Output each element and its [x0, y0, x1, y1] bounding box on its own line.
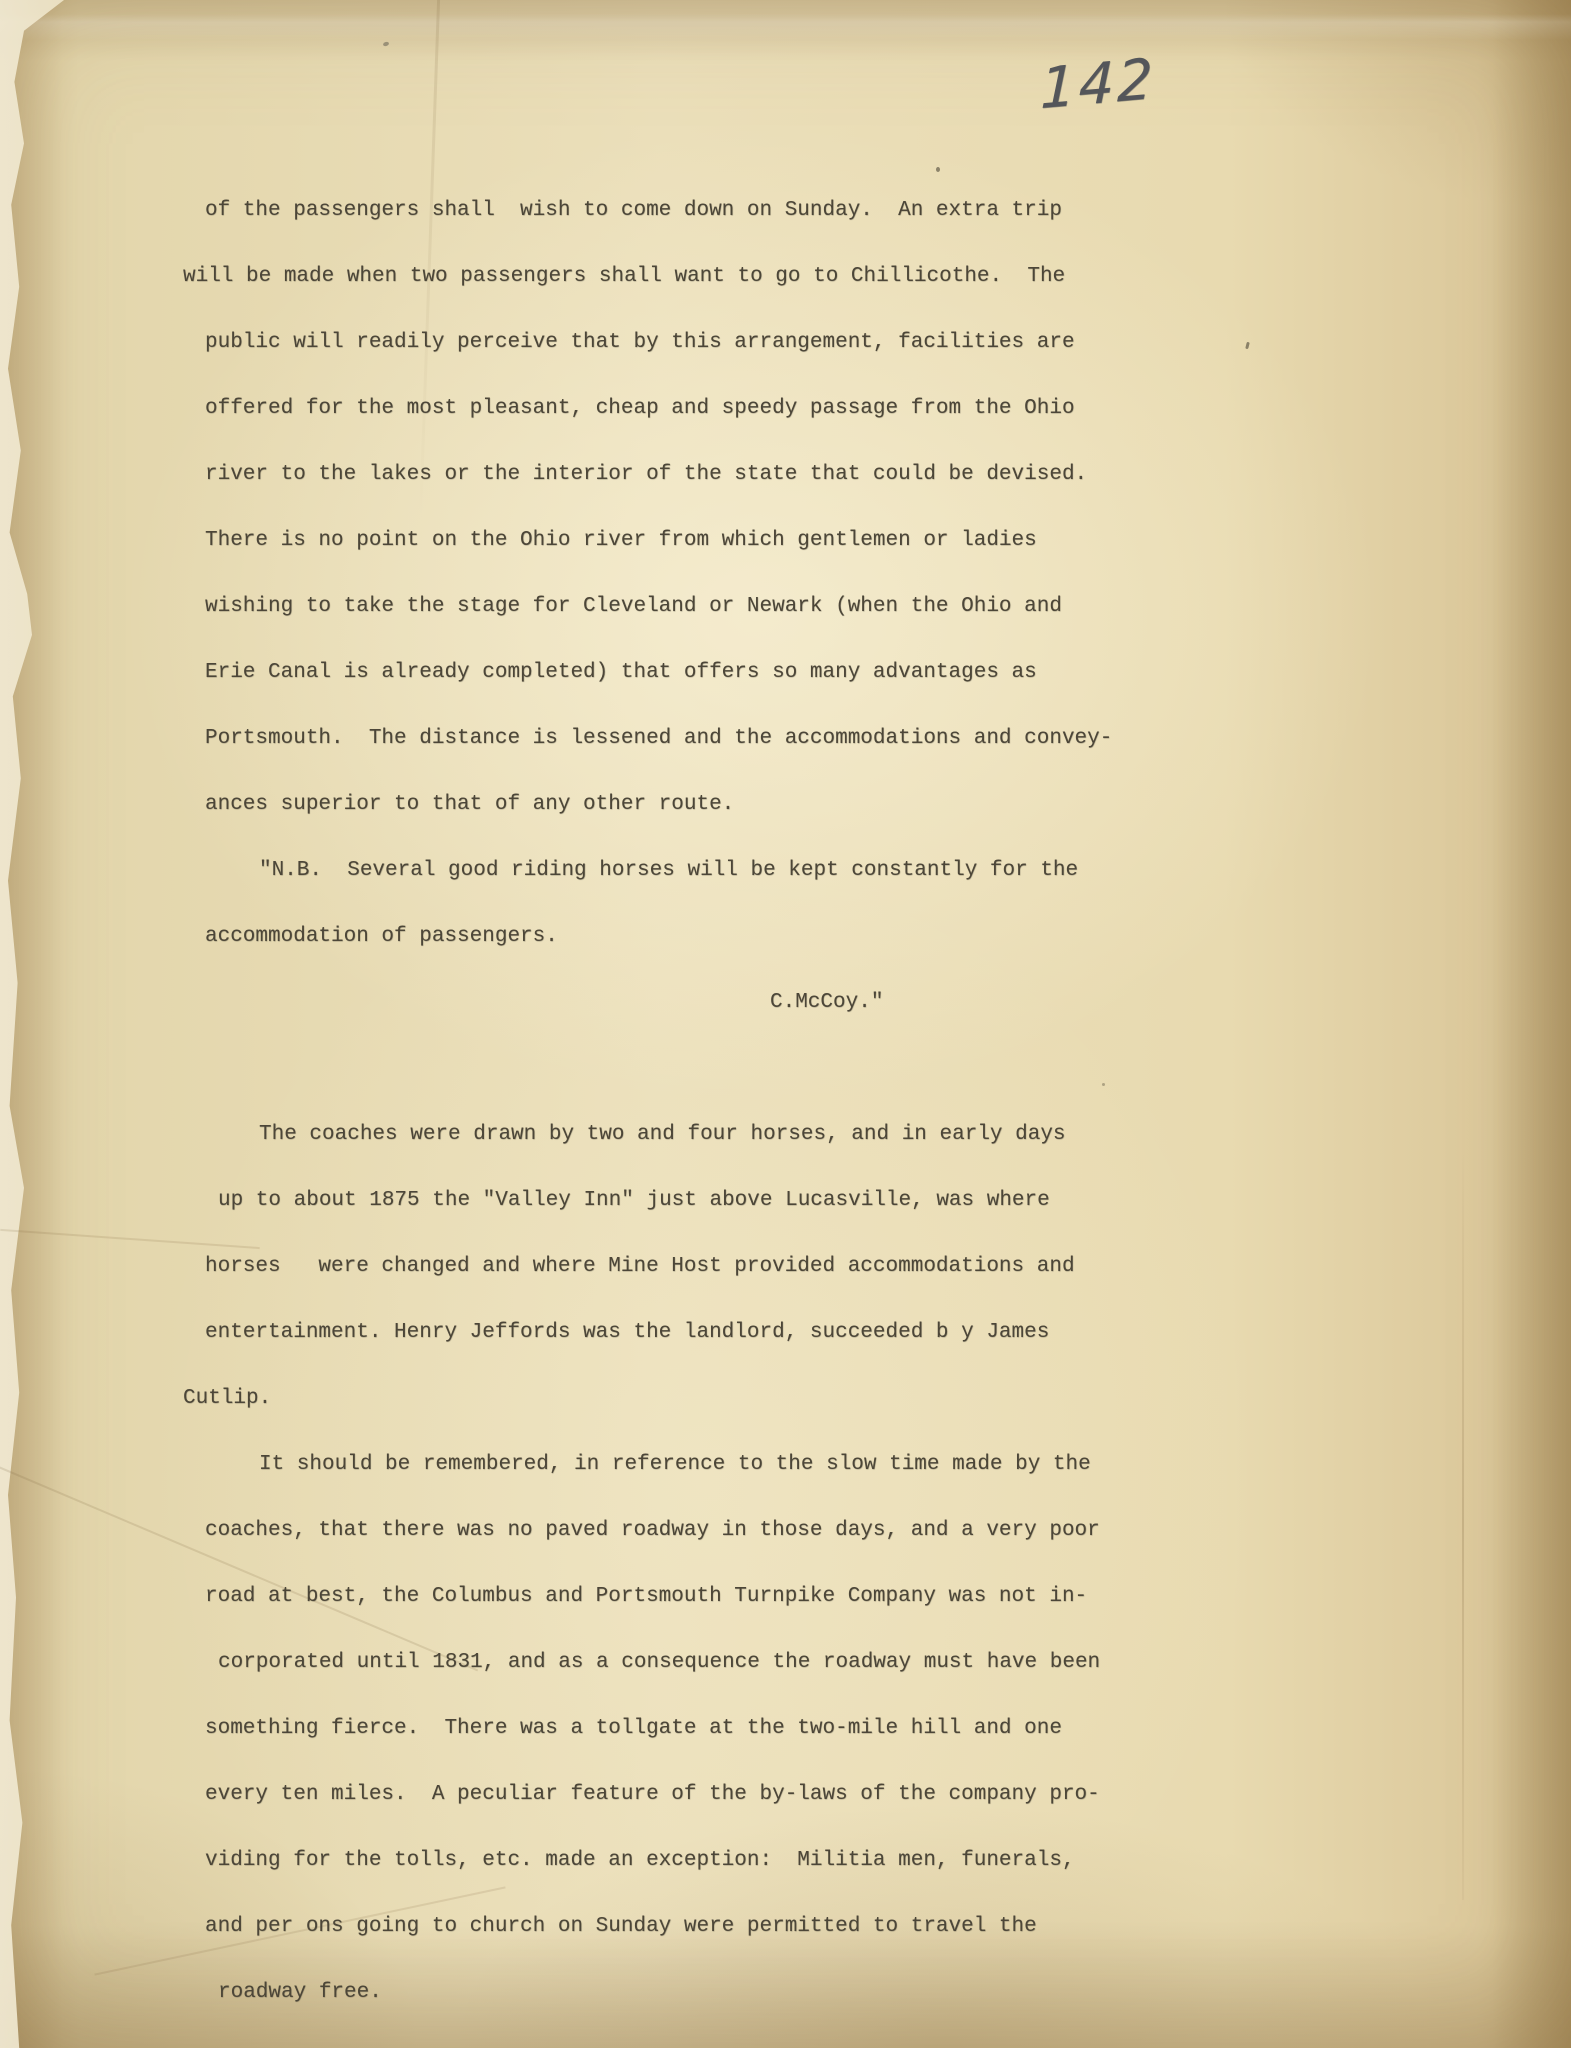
- typewritten-line: and per ons going to church on Sunday we…: [205, 1894, 1405, 1960]
- typewritten-line: every ten miles. A peculiar feature of t…: [205, 1762, 1405, 1828]
- typewritten-line: horses were changed and where Mine Host …: [205, 1234, 1405, 1300]
- typewritten-line: road at best, the Columbus and Portsmout…: [205, 1564, 1405, 1630]
- typewritten-line: something fierce. There was a tollgate a…: [205, 1696, 1405, 1762]
- typewritten-line: wishing to take the stage for Cleveland …: [205, 574, 1405, 640]
- typewritten-line: It should be remembered, in reference to…: [259, 1432, 1405, 1498]
- typewritten-line: public will readily perceive that by thi…: [205, 310, 1405, 376]
- typewritten-signature-line: C.McCoy.": [770, 970, 1405, 1036]
- typewritten-line: of the passengers shall wish to come dow…: [205, 178, 1405, 244]
- typewritten-line: corporated until 1831, and as a conseque…: [218, 1630, 1405, 1696]
- typewritten-line: Erie Canal is already completed) that of…: [205, 640, 1405, 706]
- typewritten-line: accommodation of passengers.: [205, 904, 1405, 970]
- typewritten-line: up to about 1875 the "Valley Inn" just a…: [218, 1168, 1405, 1234]
- torn-left-edge: [0, 0, 80, 2048]
- paper-crease: [1462, 1150, 1464, 1900]
- typewritten-line: There is no point on the Ohio river from…: [205, 508, 1405, 574]
- page-number-handwritten: 142: [1040, 47, 1157, 122]
- typewritten-line: river to the lakes or the interior of th…: [205, 442, 1405, 508]
- typewritten-line: will be made when two passengers shall w…: [183, 244, 1405, 310]
- ink-speck: [936, 167, 940, 172]
- typewritten-text-block: of the passengers shall wish to come dow…: [205, 178, 1405, 2026]
- typewritten-line: viding for the tolls, etc. made an excep…: [205, 1828, 1405, 1894]
- typewritten-line: "N.B. Several good riding horses will be…: [259, 838, 1405, 904]
- paper-page: 142 of the passengers shall wish to come…: [0, 0, 1571, 2048]
- typewritten-line: coaches, that there was no paved roadway…: [205, 1498, 1405, 1564]
- typewritten-line: ances superior to that of any other rout…: [205, 772, 1405, 838]
- typewritten-line: offered for the most pleasant, cheap and…: [205, 376, 1405, 442]
- typewritten-line: Cutlip.: [183, 1366, 1405, 1432]
- typewritten-line: entertainment. Henry Jeffords was the la…: [205, 1300, 1405, 1366]
- typewritten-line: Portsmouth. The distance is lessened and…: [205, 706, 1405, 772]
- typewritten-line: roadway free.: [218, 1960, 1405, 2026]
- typewritten-line: The coaches were drawn by two and four h…: [259, 1102, 1405, 1168]
- pencil-mark: [382, 41, 389, 47]
